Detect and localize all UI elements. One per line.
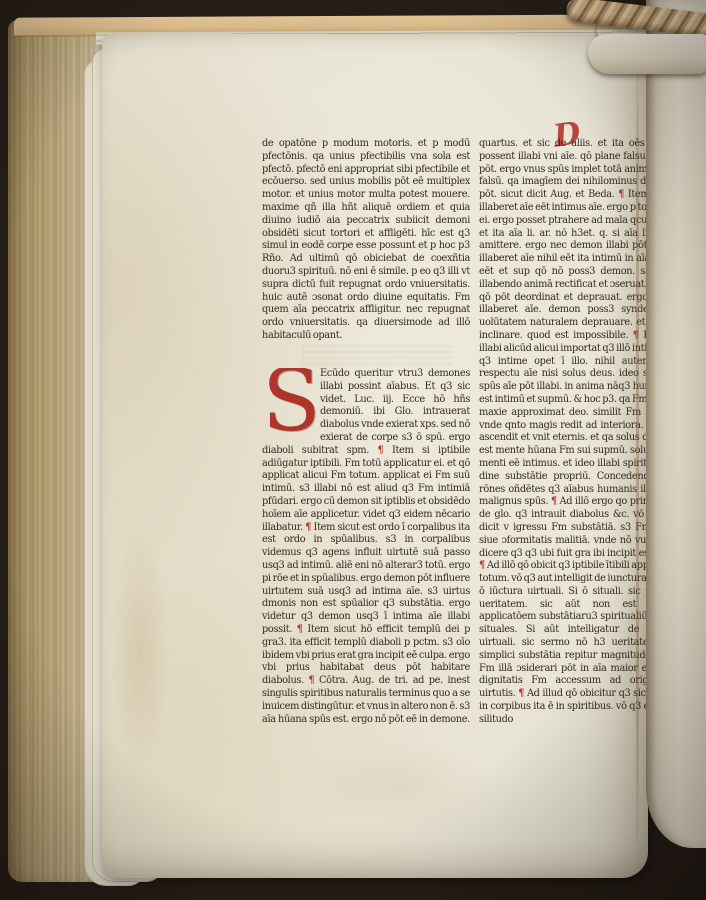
facing-page-edge [646,0,706,848]
pilcrow-mark: ¶ [378,445,384,456]
pilcrow-mark: ¶ [551,496,557,507]
text-column-left: de opatōne p modum motoris. et p modū pf… [262,138,470,724]
parchment-stain [110,520,170,780]
drop-cap-initial-S: S [262,372,314,438]
curled-page-corner [588,34,706,74]
pilcrow-mark: ¶ [479,560,485,571]
paragraph-quaestio: SEcūdo queritur vtru3 demones illabi pos… [262,368,470,724]
pilcrow-mark: ¶ [305,522,311,533]
pilcrow-mark: ¶ [309,675,315,686]
ink-show-through [302,345,452,367]
pilcrow-mark: ¶ [297,624,303,635]
parchment-stain [300,740,500,830]
pilcrow-mark: ¶ [518,688,524,699]
paragraph-continuation: de opatōne p modum motoris. et p modū pf… [262,138,470,344]
gutter-shadow [636,40,639,870]
book-photo: D de opatōne p modum motoris. et p modū … [0,0,706,900]
pilcrow-mark: ¶ [618,189,624,200]
